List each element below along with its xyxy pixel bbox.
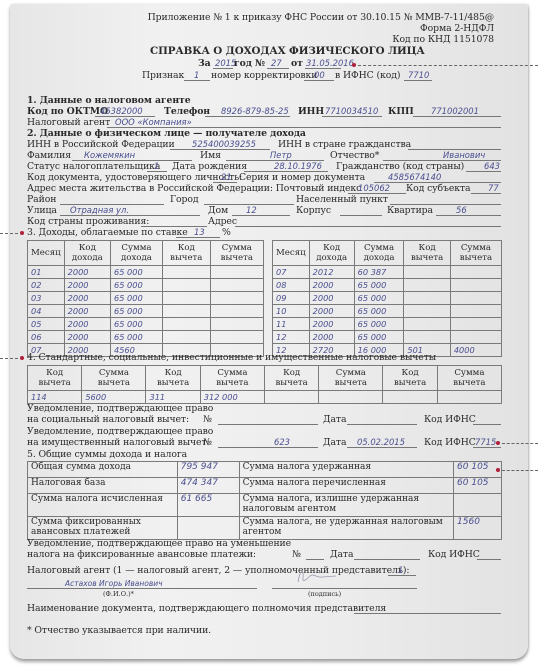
district-field[interactable] [60, 194, 164, 205]
table-cell[interactable] [162, 292, 210, 305]
table-cell[interactable]: 65 000 [354, 292, 404, 305]
advance-notice-l2: налога на фиксированные авансовые платеж… [27, 549, 256, 560]
leader-line [358, 65, 538, 66]
table-row: 11200065 000 [273, 318, 502, 331]
total-value[interactable]: 61 665 [177, 494, 239, 517]
table-cell[interactable]: 05 [28, 318, 65, 331]
locality-label: Населенный пункт [296, 194, 388, 205]
fio-caption: (Ф.И.О.)* [103, 590, 134, 598]
advance-notice-l1: Уведомление, подтверждающее право на уме… [27, 538, 291, 549]
property-notice-l2: на имущественный налоговый вычет: [27, 437, 210, 448]
property-num-label: № [203, 437, 212, 448]
table-row: 04200065 000 [28, 305, 264, 318]
advance-date-field[interactable] [354, 549, 420, 560]
house-label: Дом [208, 205, 228, 216]
table-cell[interactable]: 65 000 [111, 279, 163, 292]
table-row: 08200065 000 [273, 279, 502, 292]
rep-doc-label: Наименование документа, подтверждающего … [27, 603, 386, 614]
table-cell[interactable] [210, 318, 263, 331]
table-cell[interactable] [404, 292, 450, 305]
social-notice-l2: на социальный налоговый вычет: [27, 414, 189, 425]
addr2-field[interactable] [235, 216, 501, 227]
column-header: Сумма дохода [354, 241, 404, 266]
marker-dot [20, 356, 24, 360]
table-cell[interactable]: 03 [28, 292, 65, 305]
table-cell[interactable] [162, 331, 210, 344]
table-cell[interactable]: 65 000 [354, 279, 404, 292]
social-num-field[interactable] [218, 414, 318, 425]
correction-field[interactable]: 00 [304, 70, 334, 81]
table-cell[interactable]: 2000 [309, 318, 354, 331]
table-row: 07201260 387 [273, 266, 502, 279]
appendix-text: Приложение № 1 к приказу ФНС России от 3… [148, 12, 494, 23]
agent-label: Налоговый агент [27, 117, 110, 128]
marker-dot [496, 468, 500, 472]
table-cell[interactable]: 2000 [64, 305, 110, 318]
name-label: Имя [200, 150, 221, 161]
table-row: Налоговая база474 347Сумма налога перечи… [28, 478, 502, 494]
year-label: За [198, 58, 211, 69]
total-label: Сумма фиксированных авансовых платежей [28, 517, 178, 540]
ifns-label: в ИФНС (код) [335, 70, 400, 81]
table-cell[interactable] [404, 318, 450, 331]
address-label: Адрес места жительства в Российской Феде… [27, 183, 361, 194]
inn-rf-label: ИНН в Российской Федерации [27, 139, 175, 150]
addr2-label: Адрес [208, 216, 237, 227]
correction-label: номер корректировки [211, 70, 317, 81]
table-cell[interactable] [404, 266, 450, 279]
column-header: Код вычета [162, 241, 210, 266]
table-cell[interactable] [210, 279, 263, 292]
table-cell[interactable]: 65 000 [111, 318, 163, 331]
table-cell[interactable]: 11 [273, 318, 310, 331]
phone-field[interactable]: 8926-879-85-25 [205, 106, 290, 117]
property-date-label: Дата [323, 437, 346, 448]
table-cell[interactable]: 65 000 [354, 318, 404, 331]
status-field[interactable]: 1 [147, 161, 167, 172]
table-row: 12200065 000 [273, 331, 502, 344]
inn-field[interactable]: 7710034510 [322, 106, 382, 117]
total-value[interactable]: 60 105 [454, 462, 502, 478]
birth-label: Дата рождения [172, 161, 247, 172]
region-field[interactable]: 77 [471, 183, 501, 194]
property-notice-l1: Уведомление, подтверждающее право [27, 426, 213, 437]
property-date-field[interactable]: 05.02.2015 [347, 437, 417, 448]
table-cell[interactable]: 2000 [309, 331, 354, 344]
table-cell[interactable]: 65 000 [354, 331, 404, 344]
leader-line [502, 470, 538, 471]
advance-date-label: Дата [330, 549, 353, 560]
table-cell[interactable]: 312 000 [200, 391, 264, 404]
birth-field[interactable]: 28.10.1976 [244, 161, 328, 172]
table-cell[interactable]: 60 387 [354, 266, 404, 279]
property-ifns-label: Код ИФНС [424, 437, 476, 448]
table-cell[interactable] [210, 292, 263, 305]
total-label: Налоговая база [28, 478, 178, 494]
number-label: год № [234, 58, 265, 69]
marker-dot [20, 231, 24, 235]
column-header: Сумма вычета [200, 366, 264, 391]
kpp-field[interactable]: 771002001 [413, 106, 501, 117]
table-cell[interactable] [162, 318, 210, 331]
table-row: 10200065 000 [273, 305, 502, 318]
total-label: Сумма налога, не удержанная налоговым аг… [239, 517, 453, 540]
doc-code-label: Код документа, удостоверяющего личность: [27, 172, 242, 183]
table-cell[interactable]: 10 [273, 305, 310, 318]
total-value[interactable] [177, 517, 239, 540]
table-cell[interactable]: 65 000 [111, 266, 163, 279]
advance-ifns-label: Код ИФНС [428, 549, 480, 560]
knd-code: Код по КНД 1151078 [392, 34, 494, 45]
sign-field[interactable]: 1 [184, 70, 210, 81]
agent-type-label: Налоговый агент (1 — налоговый агент, 2 … [27, 565, 409, 576]
total-label: Общая сумма дохода [28, 462, 178, 478]
marker-dot [352, 63, 356, 67]
form-name: Форма 2-НДФЛ [420, 23, 494, 34]
surname-field[interactable]: Кожемякин [72, 150, 192, 161]
house-field[interactable]: 12 [232, 205, 290, 216]
property-num-field[interactable]: 623 [218, 437, 318, 448]
section5-title: 5. Общие суммы дохода и налога [27, 449, 187, 460]
table-cell[interactable]: 2000 [64, 318, 110, 331]
social-date-field[interactable] [347, 414, 417, 425]
table-cell[interactable]: 01 [28, 266, 65, 279]
doc-code-field[interactable]: 21 [213, 172, 237, 183]
table-cell[interactable] [319, 391, 383, 404]
phone-label: Телефон [164, 106, 210, 117]
table-cell[interactable]: 2000 [309, 292, 354, 305]
table-cell[interactable] [404, 331, 450, 344]
inn-label: ИНН [298, 106, 324, 117]
table-cell[interactable]: 65 000 [354, 305, 404, 318]
social-num-label: № [203, 414, 212, 425]
locality-field[interactable] [390, 194, 501, 205]
rep-doc-field[interactable] [354, 603, 501, 614]
doc-num-field[interactable]: 4585674140 [374, 172, 501, 183]
table-cell[interactable]: 2000 [64, 266, 110, 279]
leader-line [0, 358, 18, 359]
table-cell[interactable]: 2000 [309, 305, 354, 318]
table-cell[interactable] [162, 279, 210, 292]
column-header: Сумма вычета [210, 241, 263, 266]
column-header: Код дохода [64, 241, 110, 266]
table-cell[interactable]: 07 [273, 266, 310, 279]
column-header: Код вычета [383, 366, 437, 391]
table-cell[interactable]: 2000 [64, 331, 110, 344]
table-row: 05200065 000 [28, 318, 264, 331]
country-label: Код страны проживания: [27, 216, 149, 227]
table-cell[interactable] [450, 279, 501, 292]
table-cell[interactable]: 2012 [309, 266, 354, 279]
signer-name-field[interactable]: Астахов Игорь Иванович [27, 578, 257, 589]
leader-line [502, 443, 538, 444]
table-cell[interactable] [450, 266, 501, 279]
total-label: Сумма налога удержанная [239, 462, 453, 478]
citizenship-label: Гражданство (код страны) [336, 161, 464, 172]
total-value[interactable]: 795 947 [177, 462, 239, 478]
patronymic-field[interactable]: Иванович [383, 150, 501, 161]
table-cell[interactable] [450, 292, 501, 305]
inn-foreign-label: ИНН в стране гражданства [278, 139, 411, 150]
section4-title: 4. Стандартные, социальные, инвестиционн… [27, 352, 436, 363]
number-field[interactable]: 27 [267, 58, 289, 69]
leader-line [0, 233, 18, 234]
column-header: Месяц [273, 241, 310, 266]
column-header: Код вычета [146, 366, 200, 391]
table-cell[interactable]: 12 [273, 331, 310, 344]
year-field[interactable]: 2015 [213, 58, 233, 69]
income-table-right: МесяцКод доходаСумма доходаКод вычетаСум… [272, 240, 502, 357]
table-cell[interactable]: 2000 [309, 279, 354, 292]
country-field[interactable] [141, 216, 207, 227]
table-row: 09200065 000 [273, 292, 502, 305]
table-row: 03200065 000 [28, 292, 264, 305]
table-cell[interactable] [450, 305, 501, 318]
table-row: Сумма фиксированных авансовых платежейСу… [28, 517, 502, 540]
table-row: Сумма налога исчисленная61 665Сумма нало… [28, 494, 502, 517]
flat-label: Квартира [387, 205, 433, 216]
column-header: Сумма вычета [450, 241, 501, 266]
total-value[interactable]: 60 105 [454, 478, 502, 494]
inn-foreign-field[interactable] [408, 139, 501, 150]
table-cell[interactable]: 02 [28, 279, 65, 292]
city-field[interactable] [204, 194, 294, 205]
income-table-left: МесяцКод доходаСумма доходаКод вычетаСум… [27, 240, 264, 357]
inn-rf-field[interactable]: 525400039255 [170, 139, 270, 150]
advance-num-label: № [292, 549, 301, 560]
kpp-label: КПП [388, 106, 414, 117]
percent-sign: % [222, 227, 231, 238]
column-header: Сумма вычета [82, 366, 146, 391]
table-cell[interactable]: 2000 [64, 279, 110, 292]
totals-table: Общая сумма дохода795 947Сумма налога уд… [27, 461, 502, 540]
table-cell[interactable] [162, 266, 210, 279]
postal-field[interactable]: 105062 [348, 183, 406, 194]
column-header: Сумма вычета [437, 366, 501, 391]
patronymic-label: Отчество* [330, 150, 379, 161]
table-row: 02200065 000 [28, 279, 264, 292]
marker-dot [496, 441, 500, 445]
citizenship-field[interactable]: 643 [466, 161, 501, 172]
table-cell[interactable]: 65 000 [111, 331, 163, 344]
deductions-table: Код вычетаСумма вычетаКод вычетаСумма вы… [27, 365, 502, 404]
column-header: Сумма дохода [111, 241, 163, 266]
total-value[interactable] [454, 494, 502, 517]
social-date-label: Дата [323, 414, 346, 425]
table-cell[interactable]: 04 [28, 305, 65, 318]
table-cell[interactable]: 09 [273, 292, 310, 305]
doc-num-label: Серия и номер документа [239, 172, 365, 183]
sign-caption: (подпись) [308, 590, 341, 598]
social-ifns-field[interactable] [473, 414, 501, 425]
section1-title: 1. Данные о налоговом агенте [27, 95, 191, 106]
rate-field[interactable]: 13 [176, 227, 220, 238]
agent-field[interactable]: ООО «Компания» [107, 117, 501, 128]
table-row: Общая сумма дохода795 947Сумма налога уд… [28, 462, 502, 478]
table-cell[interactable] [383, 391, 437, 404]
table-cell[interactable] [404, 279, 450, 292]
agent-type-field[interactable]: 1 [388, 565, 416, 576]
table-cell[interactable] [210, 331, 263, 344]
table-cell[interactable]: 06 [28, 331, 65, 344]
region-label: Код субъекта [406, 183, 470, 194]
table-cell[interactable]: 4000 [450, 344, 501, 357]
column-header: Месяц [28, 241, 65, 266]
table-cell[interactable] [450, 318, 501, 331]
date-label: от [291, 58, 303, 69]
table-cell[interactable]: 114 [28, 391, 82, 404]
advance-ifns-field[interactable] [477, 549, 501, 560]
table-cell[interactable]: 65 000 [111, 305, 163, 318]
status-label: Статус налогоплательщика [27, 161, 160, 172]
signature-icon [290, 566, 340, 584]
table-cell[interactable] [404, 305, 450, 318]
total-value[interactable]: 1560 [454, 517, 502, 540]
total-value[interactable]: 474 347 [177, 478, 239, 494]
total-label: Сумма налога исчисленная [28, 494, 178, 517]
building-field[interactable] [340, 205, 382, 216]
page-title: СПРАВКА О ДОХОДАХ ФИЗИЧЕСКОГО ЛИЦА [150, 46, 425, 57]
social-ifns-label: Код ИФНС [424, 414, 476, 425]
ifns-field[interactable]: 7710 [404, 70, 432, 81]
table-cell[interactable] [210, 305, 263, 318]
street-field[interactable]: Отрадная ул. [60, 205, 200, 216]
table-cell[interactable]: 08 [273, 279, 310, 292]
column-header: Код вычета [28, 366, 82, 391]
oktmo-field[interactable]: 45382000 [95, 106, 155, 117]
total-label: Сумма налога перечисленная [239, 478, 453, 494]
table-cell[interactable] [450, 331, 501, 344]
social-notice-l1: Уведомление, подтверждающее право [27, 403, 213, 414]
table-cell[interactable] [437, 391, 501, 404]
city-label: Город [170, 194, 199, 205]
total-label: Сумма налога, излишне удержанная налогов… [239, 494, 453, 517]
table-cell[interactable]: 311 [146, 391, 200, 404]
table-row: 1145600311312 000 [28, 391, 502, 404]
name-field[interactable]: Петр [226, 150, 324, 161]
table-cell[interactable] [264, 391, 318, 404]
table-cell[interactable]: 2000 [64, 292, 110, 305]
section3-title: 3. Доходы, облагаемые по ставке [27, 227, 188, 238]
district-label: Район [27, 194, 56, 205]
column-header: Код вычета [404, 241, 450, 266]
section2-title: 2. Данные о физическом лице — получателе… [27, 128, 306, 139]
column-header: Код дохода [309, 241, 354, 266]
advance-num-field[interactable] [306, 549, 324, 560]
table-cell[interactable] [210, 266, 263, 279]
column-header: Код вычета [264, 366, 318, 391]
building-label: Корпус [296, 205, 331, 216]
surname-label: Фамилия [27, 150, 71, 161]
street-label: Улица [27, 205, 57, 216]
sign-label: Признак [142, 70, 184, 81]
table-row: 01200065 000 [28, 266, 264, 279]
date-field[interactable]: 31.05.2016 [305, 58, 341, 69]
footnote: * Отчество указывается при наличии. [27, 625, 211, 636]
table-cell[interactable]: 65 000 [111, 292, 163, 305]
table-cell[interactable]: 5600 [82, 391, 146, 404]
table-cell[interactable] [162, 305, 210, 318]
table-row: 06200065 000 [28, 331, 264, 344]
column-header: Сумма вычета [319, 366, 383, 391]
flat-field[interactable]: 56 [436, 205, 501, 216]
